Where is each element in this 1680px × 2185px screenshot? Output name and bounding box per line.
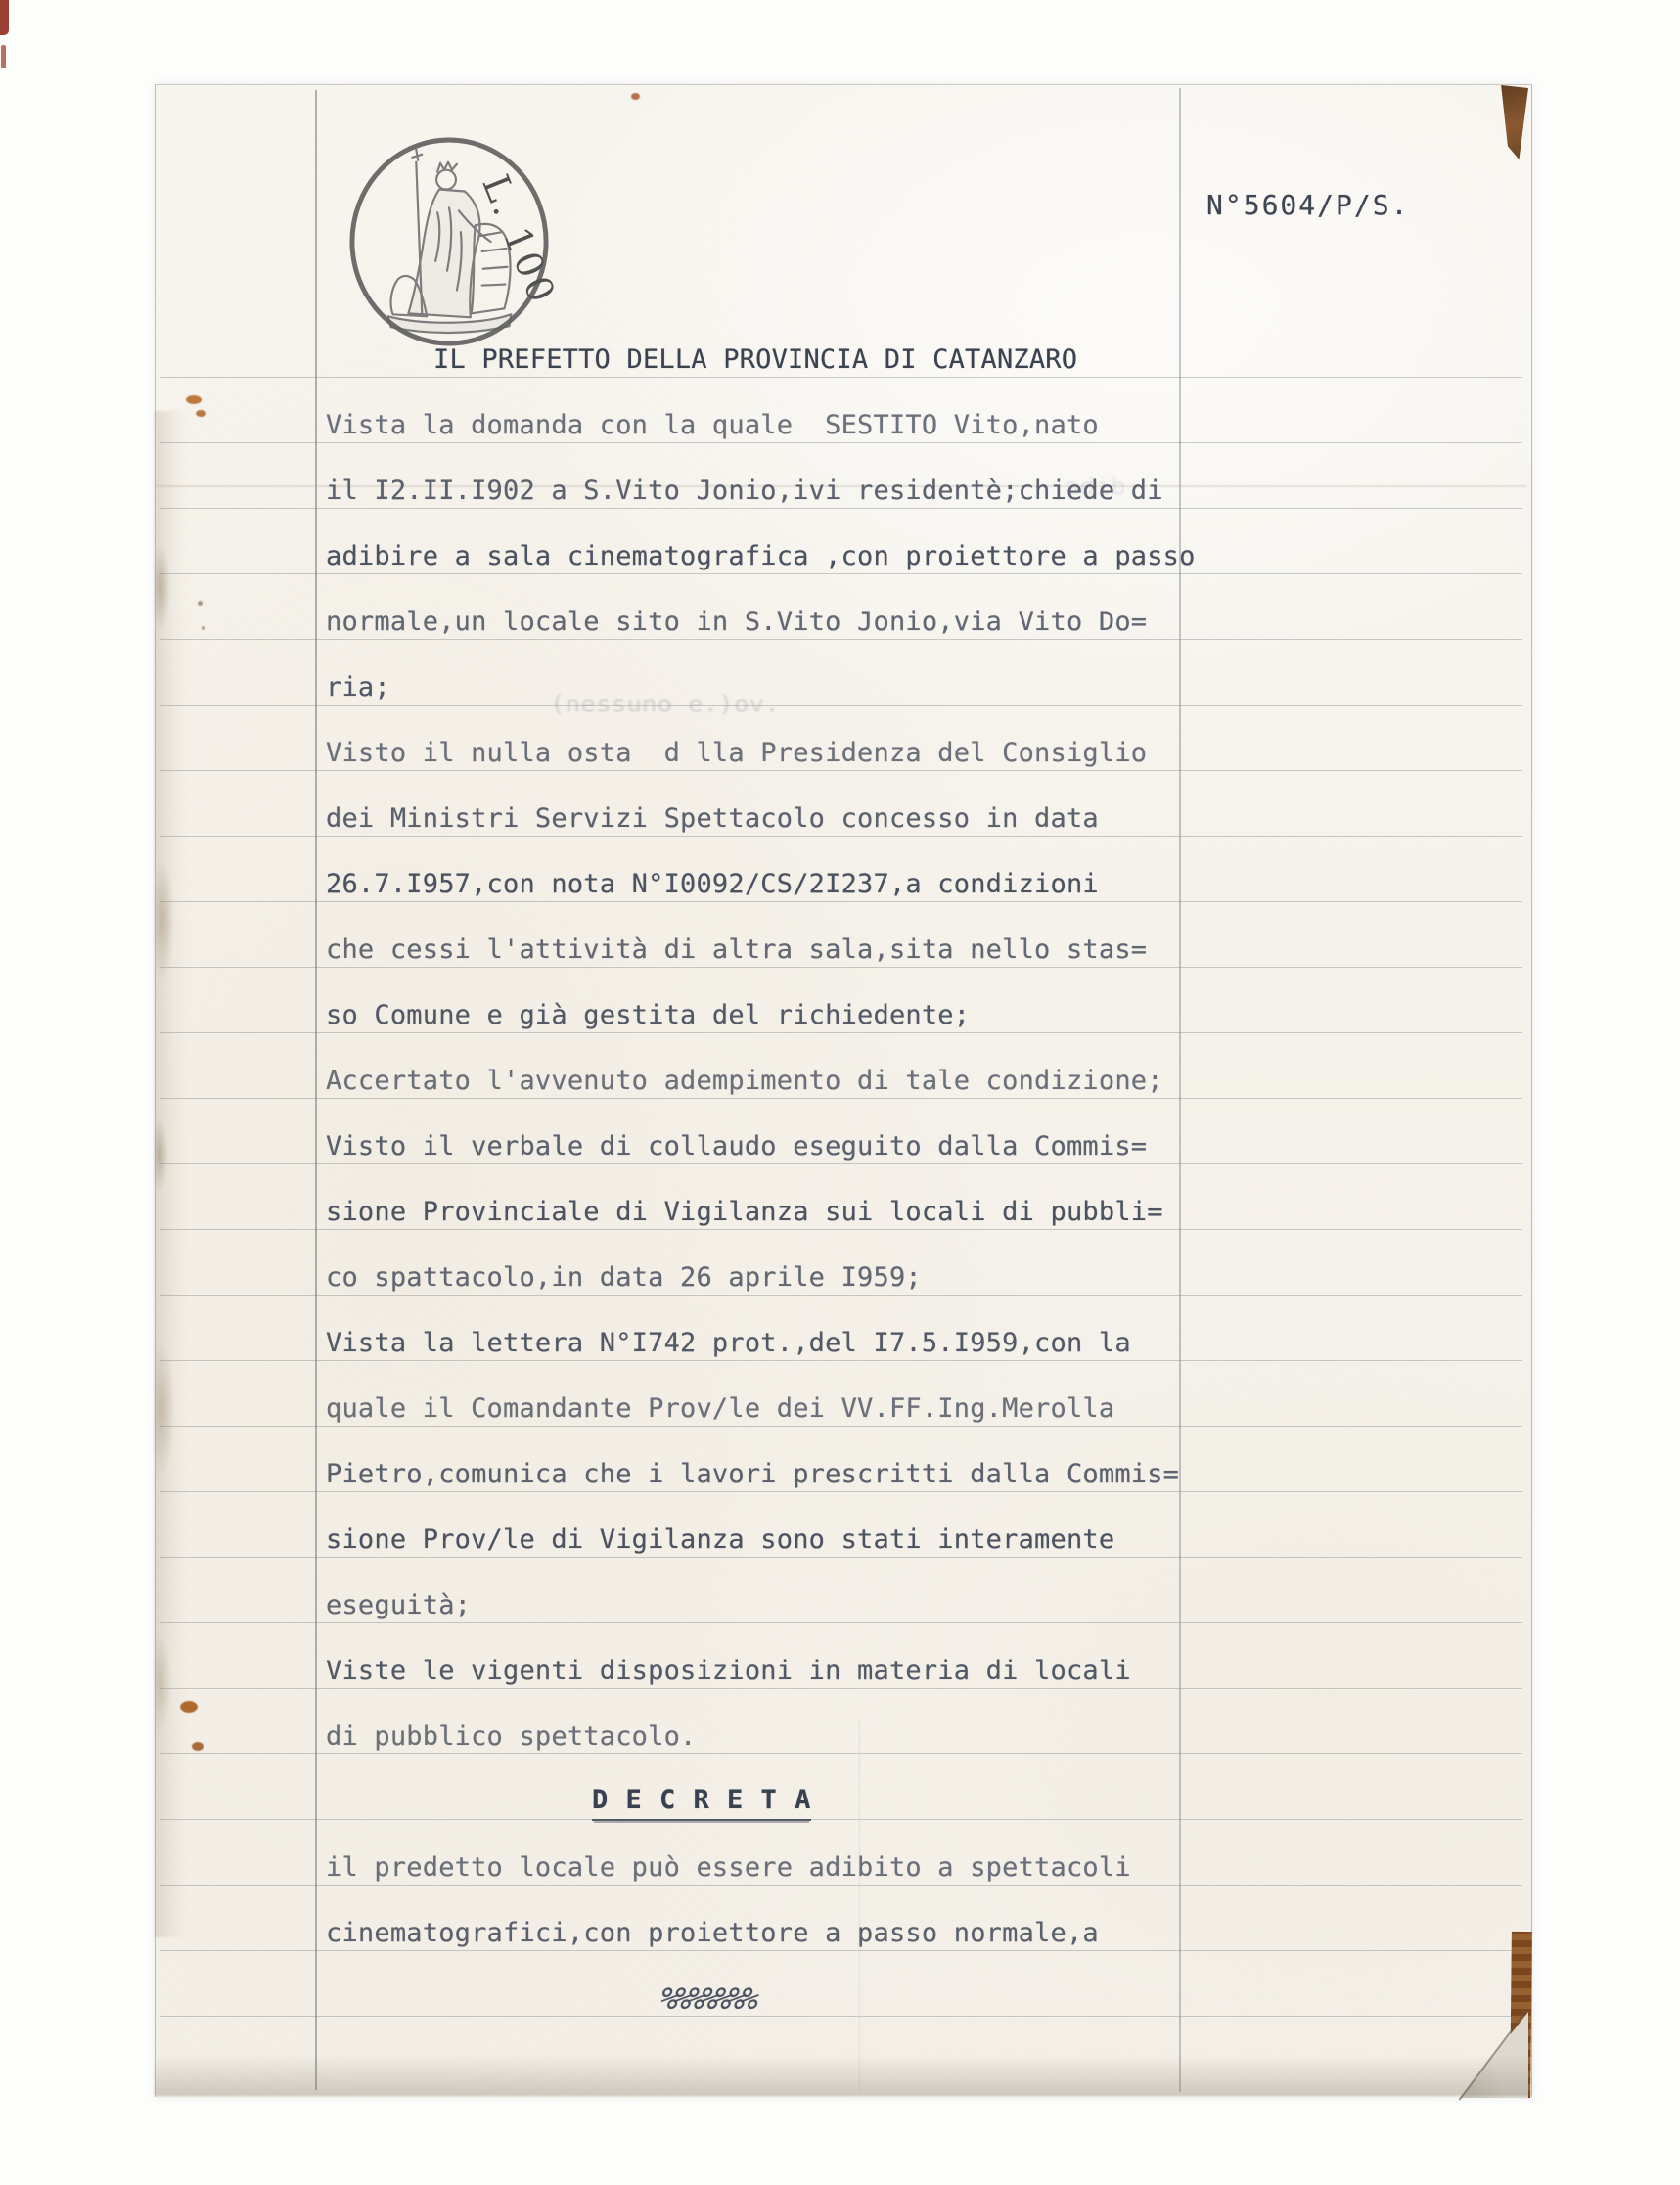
ghost-imprint: adib. bbox=[1065, 470, 1141, 506]
typed-line: 26.7.I957,con nota N°I0092/CS/2I237,a co… bbox=[326, 851, 1226, 917]
rust-spot bbox=[180, 1701, 198, 1713]
closing-mark: %%%%%%% bbox=[653, 1967, 762, 2032]
typed-line: Visto il verbale di collaudo eseguito da… bbox=[326, 1114, 1226, 1179]
typed-line: cinematografici,con proiettore a passo n… bbox=[326, 1900, 1226, 1966]
typed-line: Vista la lettera N°I742 prot.,del I7.5.I… bbox=[326, 1310, 1226, 1376]
typed-line: il predetto locale può essere adibito a … bbox=[326, 1835, 1226, 1900]
stamp-value: L. 100 bbox=[474, 168, 554, 310]
pin-hole bbox=[198, 601, 203, 606]
typed-line: Visto il nulla osta d lla Presidenza del… bbox=[326, 720, 1226, 786]
bottom-edge-shadow bbox=[155, 2055, 1530, 2096]
typed-line: eseguità; bbox=[326, 1572, 1226, 1638]
revenue-stamp: L. 100 bbox=[344, 133, 554, 350]
typed-line: so Comune e già gestita del richiedente; bbox=[326, 982, 1226, 1048]
typed-line: di pubblico spettacolo. bbox=[326, 1704, 1226, 1769]
ghost-imprint: (nessuno e.)ov. bbox=[550, 687, 780, 723]
scan-corner-mark bbox=[1, 45, 6, 68]
typed-line: dei Ministri Servizi Spettacolo concesso… bbox=[326, 786, 1226, 851]
rust-spot bbox=[186, 395, 202, 404]
typed-line: Accertato l'avvenuto adempimento di tale… bbox=[326, 1048, 1226, 1114]
rust-spot bbox=[196, 410, 206, 417]
document-body: IL PREFETTO DELLA PROVINCIA DI CATANZARO… bbox=[326, 327, 1226, 2031]
rust-spot bbox=[631, 93, 640, 100]
typed-line: normale,un locale sito in S.Vito Jonio,v… bbox=[326, 589, 1226, 655]
document-title: IL PREFETTO DELLA PROVINCIA DI CATANZARO bbox=[326, 327, 1226, 392]
typed-line: quale il Comandante Prov/le dei VV.FF.In… bbox=[326, 1376, 1226, 1441]
scanned-document-page: L. 100 N°5604/P/S. IL PREFETTO DELLA PRO… bbox=[0, 0, 1680, 2185]
typed-line: Vista la domanda con la quale SESTITO Vi… bbox=[326, 392, 1226, 458]
typed-line: sione Provinciale di Vigilanza sui local… bbox=[326, 1179, 1226, 1245]
pin-hole bbox=[202, 626, 205, 630]
typed-line: che cessi l'attività di altra sala,sita … bbox=[326, 917, 1226, 982]
decreta-heading: D E C R E T A bbox=[592, 1785, 811, 1820]
rust-spot bbox=[192, 1742, 204, 1751]
typed-line: Pietro,comunica che i lavori prescritti … bbox=[326, 1441, 1226, 1507]
reference-number: N°5604/P/S. bbox=[1206, 188, 1409, 223]
typed-line: co spattacolo,in data 26 aprile I959; bbox=[326, 1245, 1226, 1310]
typed-line: adibire a sala cinematografica ,con proi… bbox=[326, 523, 1226, 589]
closing-mark-line: %%%%%%% bbox=[326, 1966, 1226, 2031]
decreta-heading-line: D E C R E T A bbox=[326, 1769, 1226, 1835]
typed-line: sione Prov/le di Vigilanza sono stati in… bbox=[326, 1507, 1226, 1572]
scan-corner-mark bbox=[0, 0, 9, 35]
typed-line: Viste le vigenti disposizioni in materia… bbox=[326, 1638, 1226, 1704]
margin-line-left bbox=[315, 90, 317, 2090]
